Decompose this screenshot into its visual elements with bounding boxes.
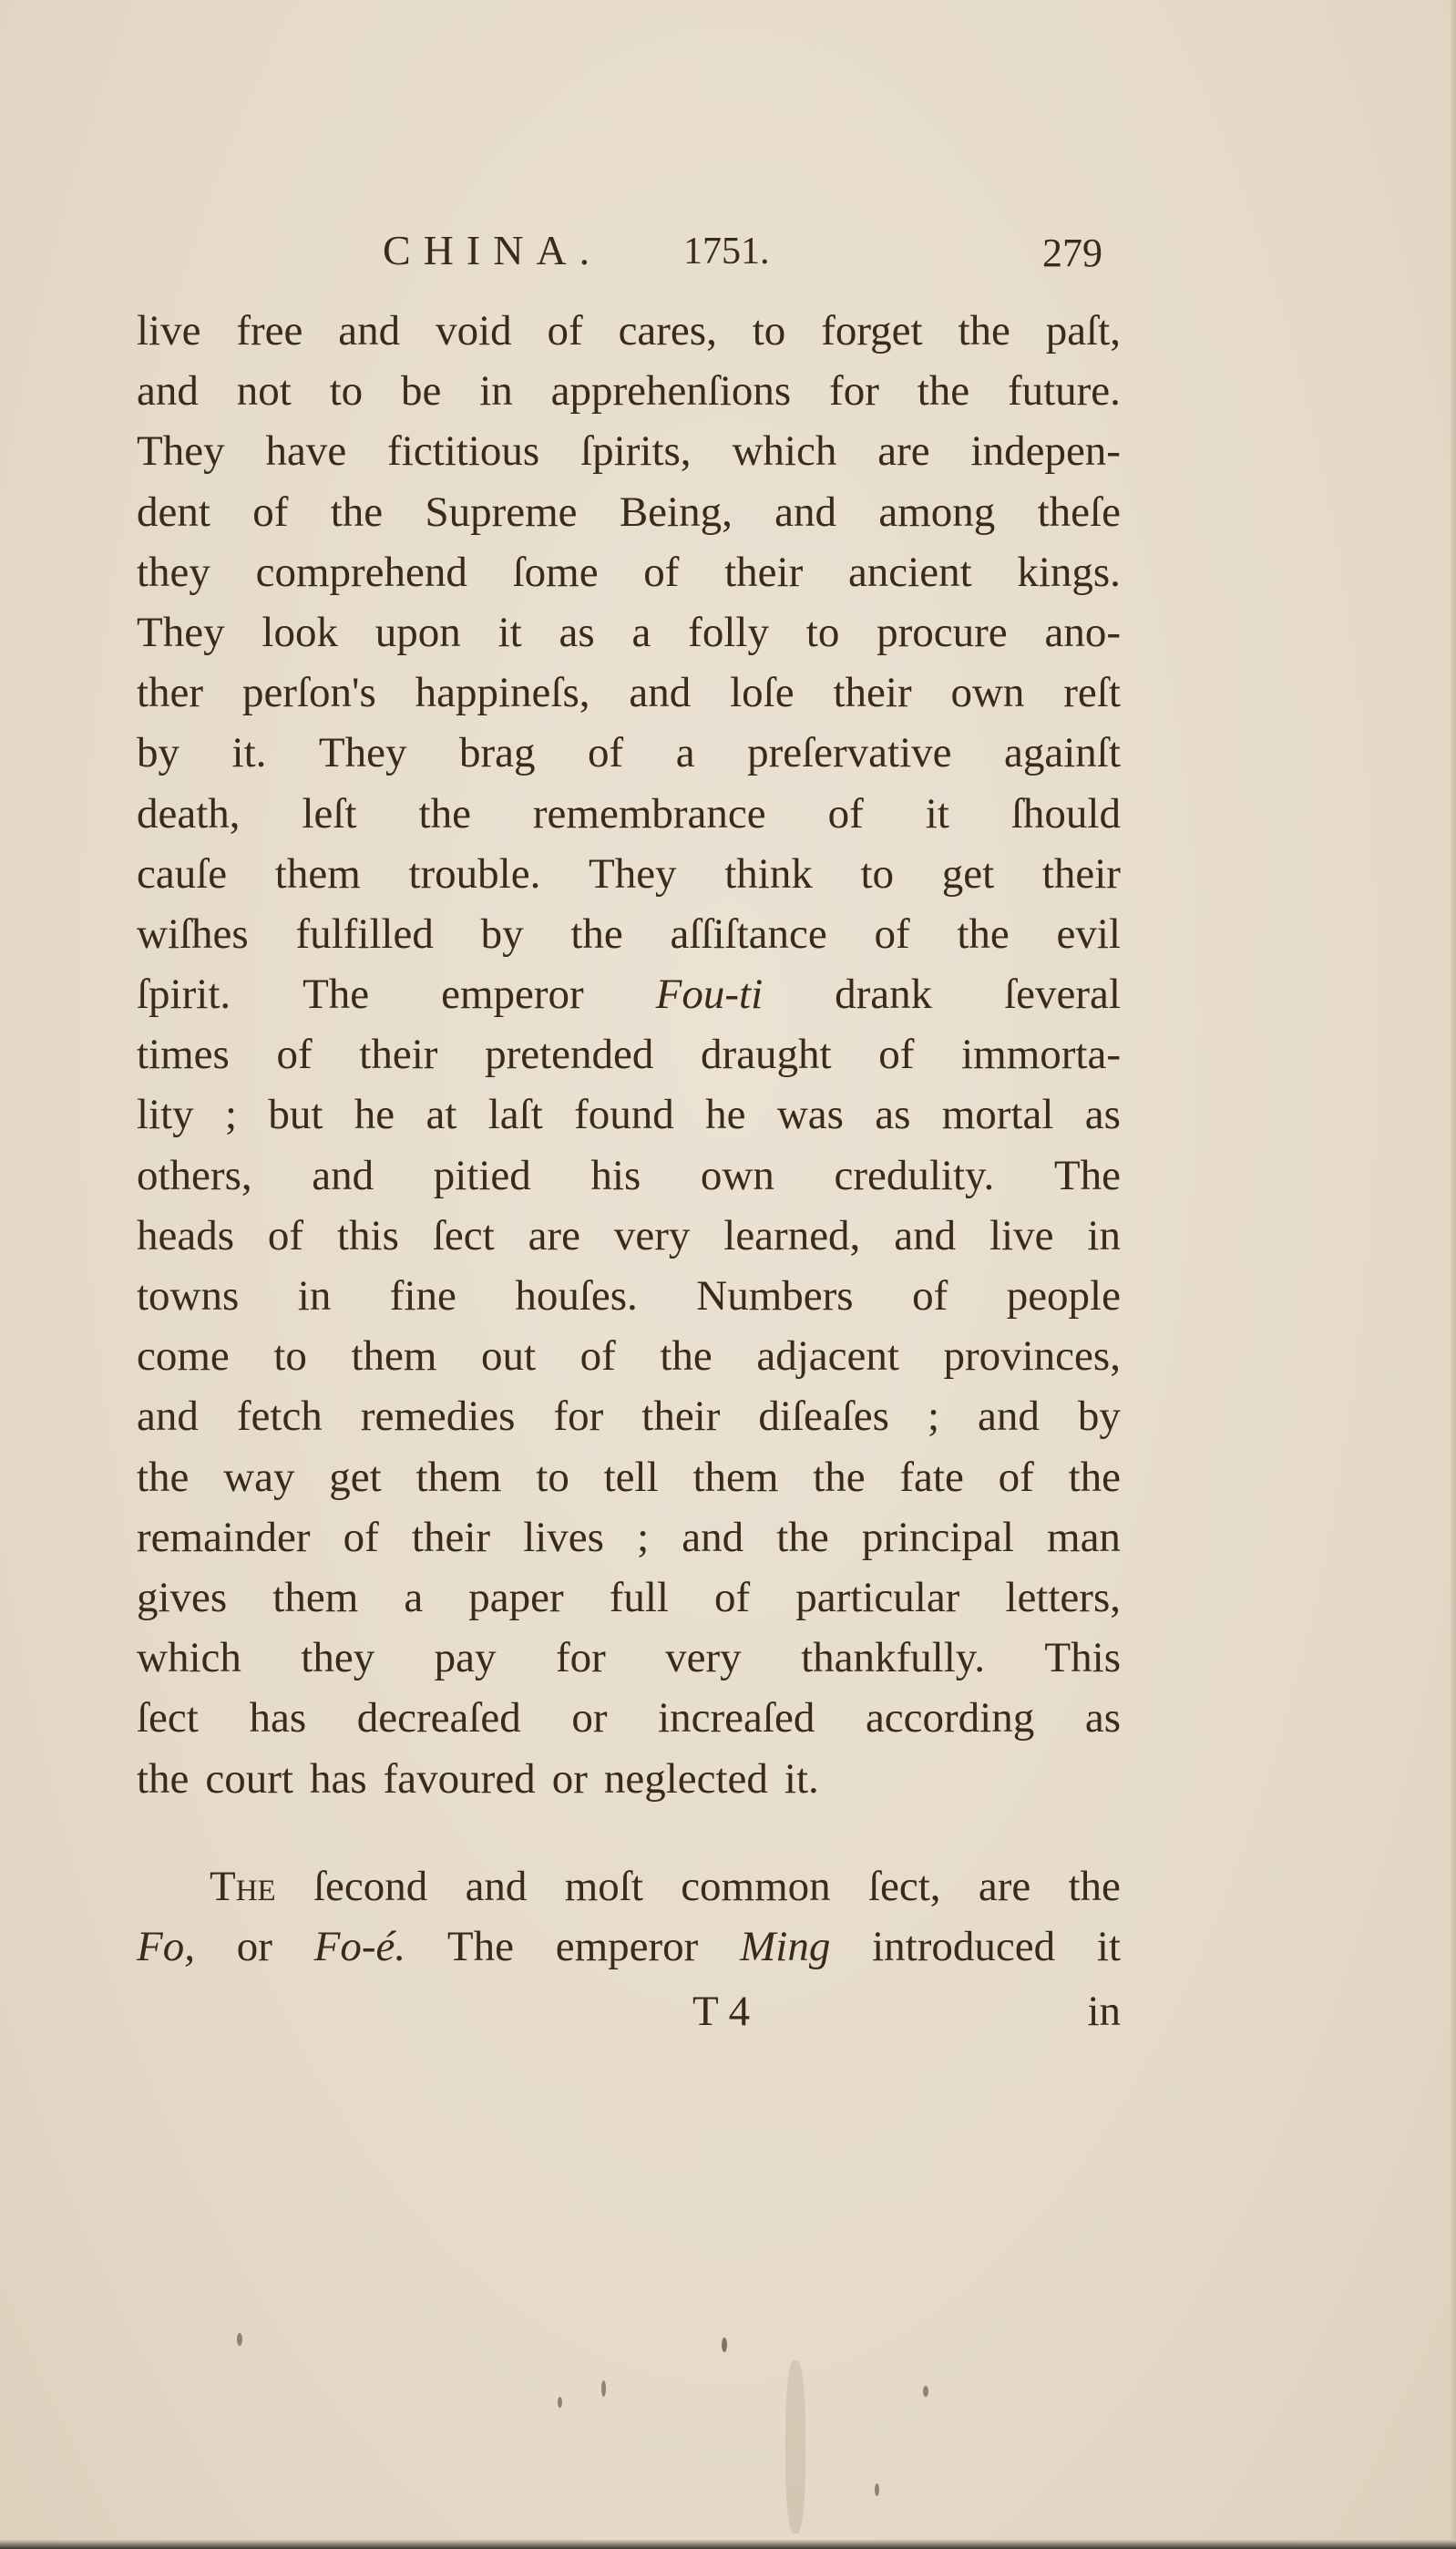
signature-mark: T 4 bbox=[692, 1987, 750, 2036]
word: he bbox=[354, 1084, 395, 1145]
word: ancient bbox=[848, 542, 972, 602]
word: a bbox=[404, 1567, 423, 1628]
word: their bbox=[641, 1386, 720, 1446]
text-line: ſpirit.TheemperorFou-tidrankſeveral bbox=[137, 964, 1121, 1024]
word: introduced bbox=[872, 1917, 1055, 1977]
word: The bbox=[302, 964, 369, 1024]
text-line: townsinfinehouſes.Numbersofpeople bbox=[137, 1266, 1121, 1326]
word: as bbox=[875, 1084, 910, 1145]
word: their bbox=[359, 1024, 437, 1084]
word: very bbox=[665, 1628, 742, 1688]
paper-speck bbox=[923, 2386, 928, 2397]
word: in bbox=[298, 1266, 332, 1326]
text-line: dentoftheSupremeBeing,andamongtheſe bbox=[137, 482, 1121, 542]
word: their bbox=[833, 663, 911, 723]
word: to bbox=[273, 1326, 307, 1386]
word: thankfully. bbox=[801, 1628, 985, 1688]
word: their bbox=[1042, 844, 1121, 904]
word: the bbox=[918, 361, 969, 421]
word: get bbox=[942, 844, 994, 904]
word: full bbox=[610, 1567, 669, 1628]
word: gives bbox=[137, 1567, 227, 1628]
word: be bbox=[401, 361, 441, 421]
word: found bbox=[574, 1084, 674, 1145]
text-line: ſecthasdecreaſedorincreaſedaccordingas bbox=[137, 1688, 1121, 1748]
paper-speck bbox=[601, 2380, 606, 2397]
word: learned, bbox=[723, 1206, 860, 1266]
word: and bbox=[338, 301, 400, 361]
word: fate bbox=[899, 1447, 963, 1507]
word: times bbox=[137, 1024, 230, 1084]
paragraph-gap bbox=[137, 1809, 1121, 1856]
running-head-year: 1751. bbox=[683, 230, 770, 273]
word: ; bbox=[225, 1084, 237, 1145]
word: draught bbox=[701, 1024, 832, 1084]
word: paper bbox=[468, 1567, 563, 1628]
word: but bbox=[268, 1084, 323, 1145]
word: This bbox=[1044, 1628, 1121, 1688]
word: look bbox=[261, 602, 338, 663]
word: ſpirits, bbox=[580, 421, 691, 481]
word: in bbox=[479, 361, 513, 421]
word: are bbox=[877, 421, 929, 481]
text-line-paragraph-start: Theſecondandmoſtcommonſect,arethe bbox=[137, 1856, 1121, 1917]
word: very bbox=[614, 1206, 691, 1266]
word: houſes. bbox=[515, 1266, 637, 1326]
word: ; bbox=[637, 1507, 649, 1567]
word: aſſiſtance bbox=[670, 904, 826, 964]
word: letters, bbox=[1005, 1567, 1121, 1628]
word: it bbox=[926, 784, 949, 844]
word: of bbox=[268, 1206, 303, 1266]
word: drank bbox=[835, 964, 932, 1024]
word: neglected bbox=[604, 1749, 768, 1809]
word: the bbox=[1068, 1856, 1120, 1917]
word: at bbox=[426, 1084, 457, 1145]
word: it bbox=[498, 602, 522, 663]
word: immorta- bbox=[961, 1024, 1121, 1084]
word: the bbox=[137, 1749, 189, 1809]
word: they bbox=[137, 542, 210, 602]
text-line: andfetchremediesfortheirdiſeaſes;andby bbox=[137, 1386, 1121, 1446]
word: and bbox=[774, 482, 836, 542]
word: heads bbox=[137, 1206, 234, 1266]
word: provinces, bbox=[943, 1326, 1120, 1386]
word: court bbox=[205, 1749, 293, 1809]
word: are bbox=[979, 1856, 1030, 1917]
word: of bbox=[999, 1447, 1034, 1507]
text-line: andnottobeinapprehenſionsforthefuture. bbox=[137, 361, 1121, 421]
word: pitied bbox=[434, 1146, 531, 1206]
word: lives bbox=[523, 1507, 604, 1567]
text-line: death,leſttheremembranceofitſhould bbox=[137, 784, 1121, 844]
word: their bbox=[724, 542, 803, 602]
word: the bbox=[137, 1447, 189, 1507]
word: among bbox=[878, 482, 995, 542]
text-line: cauſethemtrouble.Theythinktogettheir bbox=[137, 844, 1121, 904]
word: or bbox=[237, 1917, 272, 1977]
word: people bbox=[1007, 1266, 1121, 1326]
word: Ming bbox=[740, 1917, 830, 1977]
word: void bbox=[436, 301, 512, 361]
word: of bbox=[588, 723, 623, 783]
word: credulity. bbox=[834, 1146, 994, 1206]
word: ſome bbox=[513, 542, 599, 602]
word: indepen- bbox=[971, 421, 1121, 481]
word: this bbox=[337, 1206, 399, 1266]
word: of bbox=[252, 482, 288, 542]
text-line: livefreeandvoidofcares,toforgetthepaſt, bbox=[137, 301, 1121, 361]
word: remembrance bbox=[533, 784, 766, 844]
word: have bbox=[265, 421, 346, 481]
text-line: Fo,orFo-é.TheemperorMingintroducedit bbox=[137, 1917, 1121, 1977]
text-line: therperſon'shappineſs,andloſetheirownreſ… bbox=[137, 663, 1121, 723]
word: ſhould bbox=[1011, 784, 1121, 844]
word: They bbox=[319, 723, 407, 783]
text-line: whichtheypayforverythankfully.This bbox=[137, 1628, 1121, 1688]
text-line: Theyhavefictitiousſpirits,whichareindepe… bbox=[137, 421, 1121, 481]
word: comprehend bbox=[256, 542, 467, 602]
word: cauſe bbox=[137, 844, 227, 904]
word: fictitious bbox=[387, 421, 539, 481]
word: perſon's bbox=[242, 663, 376, 723]
word: or bbox=[571, 1688, 607, 1748]
word: emperor bbox=[441, 964, 584, 1024]
paper-speck bbox=[237, 2333, 242, 2346]
word: reſt bbox=[1063, 663, 1121, 723]
word: his bbox=[590, 1146, 641, 1206]
word: common bbox=[681, 1856, 830, 1917]
page-edge-bottom bbox=[0, 2540, 1456, 2549]
word: and bbox=[137, 361, 199, 421]
word: They bbox=[589, 844, 677, 904]
word: ther bbox=[137, 663, 203, 723]
word: a bbox=[676, 723, 695, 783]
word: ſect bbox=[433, 1206, 495, 1266]
text-line: givesthemapaperfullofparticularletters, bbox=[137, 1567, 1121, 1628]
word: the bbox=[570, 904, 622, 964]
word: and bbox=[894, 1206, 956, 1266]
text-line: thewaygetthemtotellthemthefateofthe bbox=[137, 1447, 1121, 1507]
running-head: CHINA. 1751. 279 bbox=[383, 226, 1102, 290]
word: and bbox=[682, 1507, 743, 1567]
word: their bbox=[412, 1507, 490, 1567]
word: and bbox=[629, 663, 691, 723]
word: of bbox=[580, 1326, 616, 1386]
word: in bbox=[1087, 1206, 1121, 1266]
word: of bbox=[276, 1024, 312, 1084]
word: the bbox=[331, 482, 383, 542]
word: for bbox=[829, 361, 879, 421]
word: man bbox=[1047, 1507, 1121, 1567]
word: cares, bbox=[619, 301, 717, 361]
page-footer: T 4 in bbox=[137, 1987, 1121, 2051]
paper-speck bbox=[722, 2338, 727, 2352]
word: has bbox=[249, 1688, 306, 1748]
catchword: in bbox=[1087, 1987, 1121, 2036]
word: Fou-ti bbox=[656, 964, 763, 1024]
word: ; bbox=[928, 1386, 939, 1446]
word: moſt bbox=[565, 1856, 643, 1917]
running-head-title: CHINA. bbox=[383, 226, 602, 274]
word: ſect bbox=[137, 1688, 199, 1748]
word: of bbox=[548, 301, 583, 361]
word: fulfilled bbox=[295, 904, 433, 964]
word: which bbox=[137, 1628, 241, 1688]
word: by bbox=[1078, 1386, 1121, 1446]
word: lity bbox=[137, 1084, 194, 1145]
word: get bbox=[329, 1447, 381, 1507]
word: Fo, bbox=[137, 1917, 195, 1977]
word: wiſhes bbox=[137, 904, 249, 964]
word: apprehenſions bbox=[551, 361, 792, 421]
word: has bbox=[310, 1749, 367, 1809]
word: they bbox=[301, 1628, 374, 1688]
word: own bbox=[950, 663, 1024, 723]
word: come bbox=[137, 1326, 230, 1386]
word: death, bbox=[137, 784, 241, 844]
word: procure bbox=[877, 602, 1008, 663]
paper-speck bbox=[785, 2360, 805, 2534]
word: pay bbox=[435, 1628, 497, 1688]
text-line: timesoftheirpretendeddraughtofimmorta- bbox=[137, 1024, 1121, 1084]
word: ſeveral bbox=[1004, 964, 1121, 1024]
word: according bbox=[866, 1688, 1034, 1748]
word: Supreme bbox=[425, 482, 577, 542]
word: to bbox=[536, 1447, 569, 1507]
text-line: wiſhesfulfilledbytheaſſiſtanceoftheevil bbox=[137, 904, 1121, 964]
text-line: remainderoftheirlives;andtheprincipalman bbox=[137, 1507, 1121, 1567]
word: againſt bbox=[1004, 723, 1121, 783]
word: as bbox=[1085, 1084, 1121, 1145]
text-line: theycomprehendſomeoftheirancientkings. bbox=[137, 542, 1121, 602]
word: or bbox=[552, 1749, 588, 1809]
paper-speck bbox=[558, 2397, 562, 2408]
word: ſpirit. bbox=[137, 964, 231, 1024]
word: by bbox=[481, 904, 524, 964]
word: The bbox=[1054, 1146, 1121, 1206]
word: towns bbox=[137, 1266, 239, 1326]
word: forget bbox=[821, 301, 922, 361]
word: adjacent bbox=[756, 1326, 899, 1386]
word: of bbox=[912, 1266, 948, 1326]
word: to bbox=[861, 844, 895, 904]
word: live bbox=[989, 1206, 1053, 1266]
word: the bbox=[957, 904, 1009, 964]
word: for bbox=[556, 1628, 606, 1688]
word: the bbox=[813, 1447, 865, 1507]
word: remainder bbox=[137, 1507, 311, 1567]
word: mortal bbox=[942, 1084, 1054, 1145]
word: as bbox=[1085, 1688, 1121, 1748]
word: to bbox=[806, 602, 840, 663]
word: leſt bbox=[302, 784, 357, 844]
word: dent bbox=[137, 482, 210, 542]
word: principal bbox=[862, 1507, 1014, 1567]
word: them bbox=[275, 844, 361, 904]
word: Numbers bbox=[696, 1266, 853, 1326]
text-line: headsofthisſectareverylearned,andlivein bbox=[137, 1206, 1121, 1266]
word: evil bbox=[1057, 904, 1121, 964]
word: brag bbox=[459, 723, 536, 783]
paper-speck bbox=[875, 2483, 879, 2496]
word: decreaſed bbox=[357, 1688, 521, 1748]
word: by bbox=[137, 723, 179, 783]
text-line: thecourthasfavouredorneglectedit. bbox=[137, 1749, 1121, 1809]
word: paſt, bbox=[1046, 301, 1121, 361]
word: a bbox=[631, 602, 651, 663]
word: The bbox=[447, 1917, 514, 1977]
text-line: others,andpitiedhisowncredulity.The bbox=[137, 1146, 1121, 1206]
word: ſect, bbox=[868, 1856, 941, 1917]
word: the bbox=[419, 784, 471, 844]
word: trouble. bbox=[408, 844, 540, 904]
word: it. bbox=[232, 723, 267, 783]
word: out bbox=[481, 1326, 536, 1386]
word: pretended bbox=[485, 1024, 653, 1084]
word: the bbox=[776, 1507, 828, 1567]
book-page: CHINA. 1751. 279 livefreeandvoidofcares,… bbox=[0, 0, 1456, 2549]
word: The bbox=[210, 1856, 276, 1917]
word: Fo-é. bbox=[314, 1917, 405, 1977]
word: and bbox=[466, 1856, 528, 1917]
text-line: Theylookuponitasafollytoprocureano- bbox=[137, 602, 1121, 663]
word: They bbox=[137, 421, 225, 481]
word: them bbox=[692, 1447, 778, 1507]
word: it. bbox=[784, 1749, 819, 1809]
word: folly bbox=[688, 602, 769, 663]
word: and bbox=[978, 1386, 1040, 1446]
word: increaſed bbox=[658, 1688, 815, 1748]
word: fetch bbox=[237, 1386, 323, 1446]
word: the bbox=[1069, 1447, 1121, 1507]
word: and bbox=[137, 1386, 199, 1446]
word: of bbox=[878, 1024, 914, 1084]
word: ano- bbox=[1044, 602, 1121, 663]
word: others, bbox=[137, 1146, 252, 1206]
word: Being, bbox=[620, 482, 733, 542]
word: favoured bbox=[384, 1749, 536, 1809]
word: upon bbox=[375, 602, 461, 663]
word: tell bbox=[604, 1447, 659, 1507]
word: as bbox=[559, 602, 595, 663]
word: and bbox=[312, 1146, 374, 1206]
text-line: cometothemoutoftheadjacentprovinces, bbox=[137, 1326, 1121, 1386]
body-text: livefreeandvoidofcares,toforgetthepaſt, … bbox=[137, 301, 1121, 1977]
word: way bbox=[223, 1447, 294, 1507]
page-number: 279 bbox=[1042, 230, 1102, 276]
page-edge-right bbox=[1451, 0, 1456, 2549]
word: think bbox=[724, 844, 813, 904]
word: which bbox=[732, 421, 836, 481]
word: free bbox=[236, 301, 302, 361]
word: of bbox=[343, 1507, 379, 1567]
word: diſeaſes bbox=[758, 1386, 889, 1446]
word: happineſs, bbox=[415, 663, 590, 723]
word: preſervative bbox=[747, 723, 951, 783]
word: laſt bbox=[488, 1084, 543, 1145]
word: for bbox=[553, 1386, 603, 1446]
word: them bbox=[351, 1326, 436, 1386]
word: was bbox=[777, 1084, 844, 1145]
text-line: lity;butheatlaſtfoundhewasasmortalas bbox=[137, 1084, 1121, 1145]
word: he bbox=[705, 1084, 745, 1145]
text-line: byit.Theybragofapreſervativeagainſt bbox=[137, 723, 1121, 783]
word: are bbox=[528, 1206, 580, 1266]
word: of bbox=[714, 1567, 750, 1628]
word: of bbox=[874, 904, 909, 964]
word: kings. bbox=[1017, 542, 1121, 602]
word: them bbox=[416, 1447, 502, 1507]
word: them bbox=[272, 1567, 358, 1628]
word: it bbox=[1097, 1917, 1121, 1977]
word: the bbox=[660, 1326, 712, 1386]
word: future. bbox=[1008, 361, 1121, 421]
word: not bbox=[237, 361, 292, 421]
word: to bbox=[753, 301, 786, 361]
word: to bbox=[330, 361, 364, 421]
word: They bbox=[137, 602, 225, 663]
word: the bbox=[958, 301, 1010, 361]
word: of bbox=[643, 542, 679, 602]
word: fine bbox=[390, 1266, 456, 1326]
word: live bbox=[137, 301, 200, 361]
word: own bbox=[701, 1146, 774, 1206]
word: particular bbox=[795, 1567, 959, 1628]
word: theſe bbox=[1038, 482, 1121, 542]
word: of bbox=[828, 784, 864, 844]
word: emperor bbox=[556, 1917, 699, 1977]
word: remedies bbox=[361, 1386, 516, 1446]
word: ſecond bbox=[313, 1856, 427, 1917]
word: loſe bbox=[730, 663, 794, 723]
